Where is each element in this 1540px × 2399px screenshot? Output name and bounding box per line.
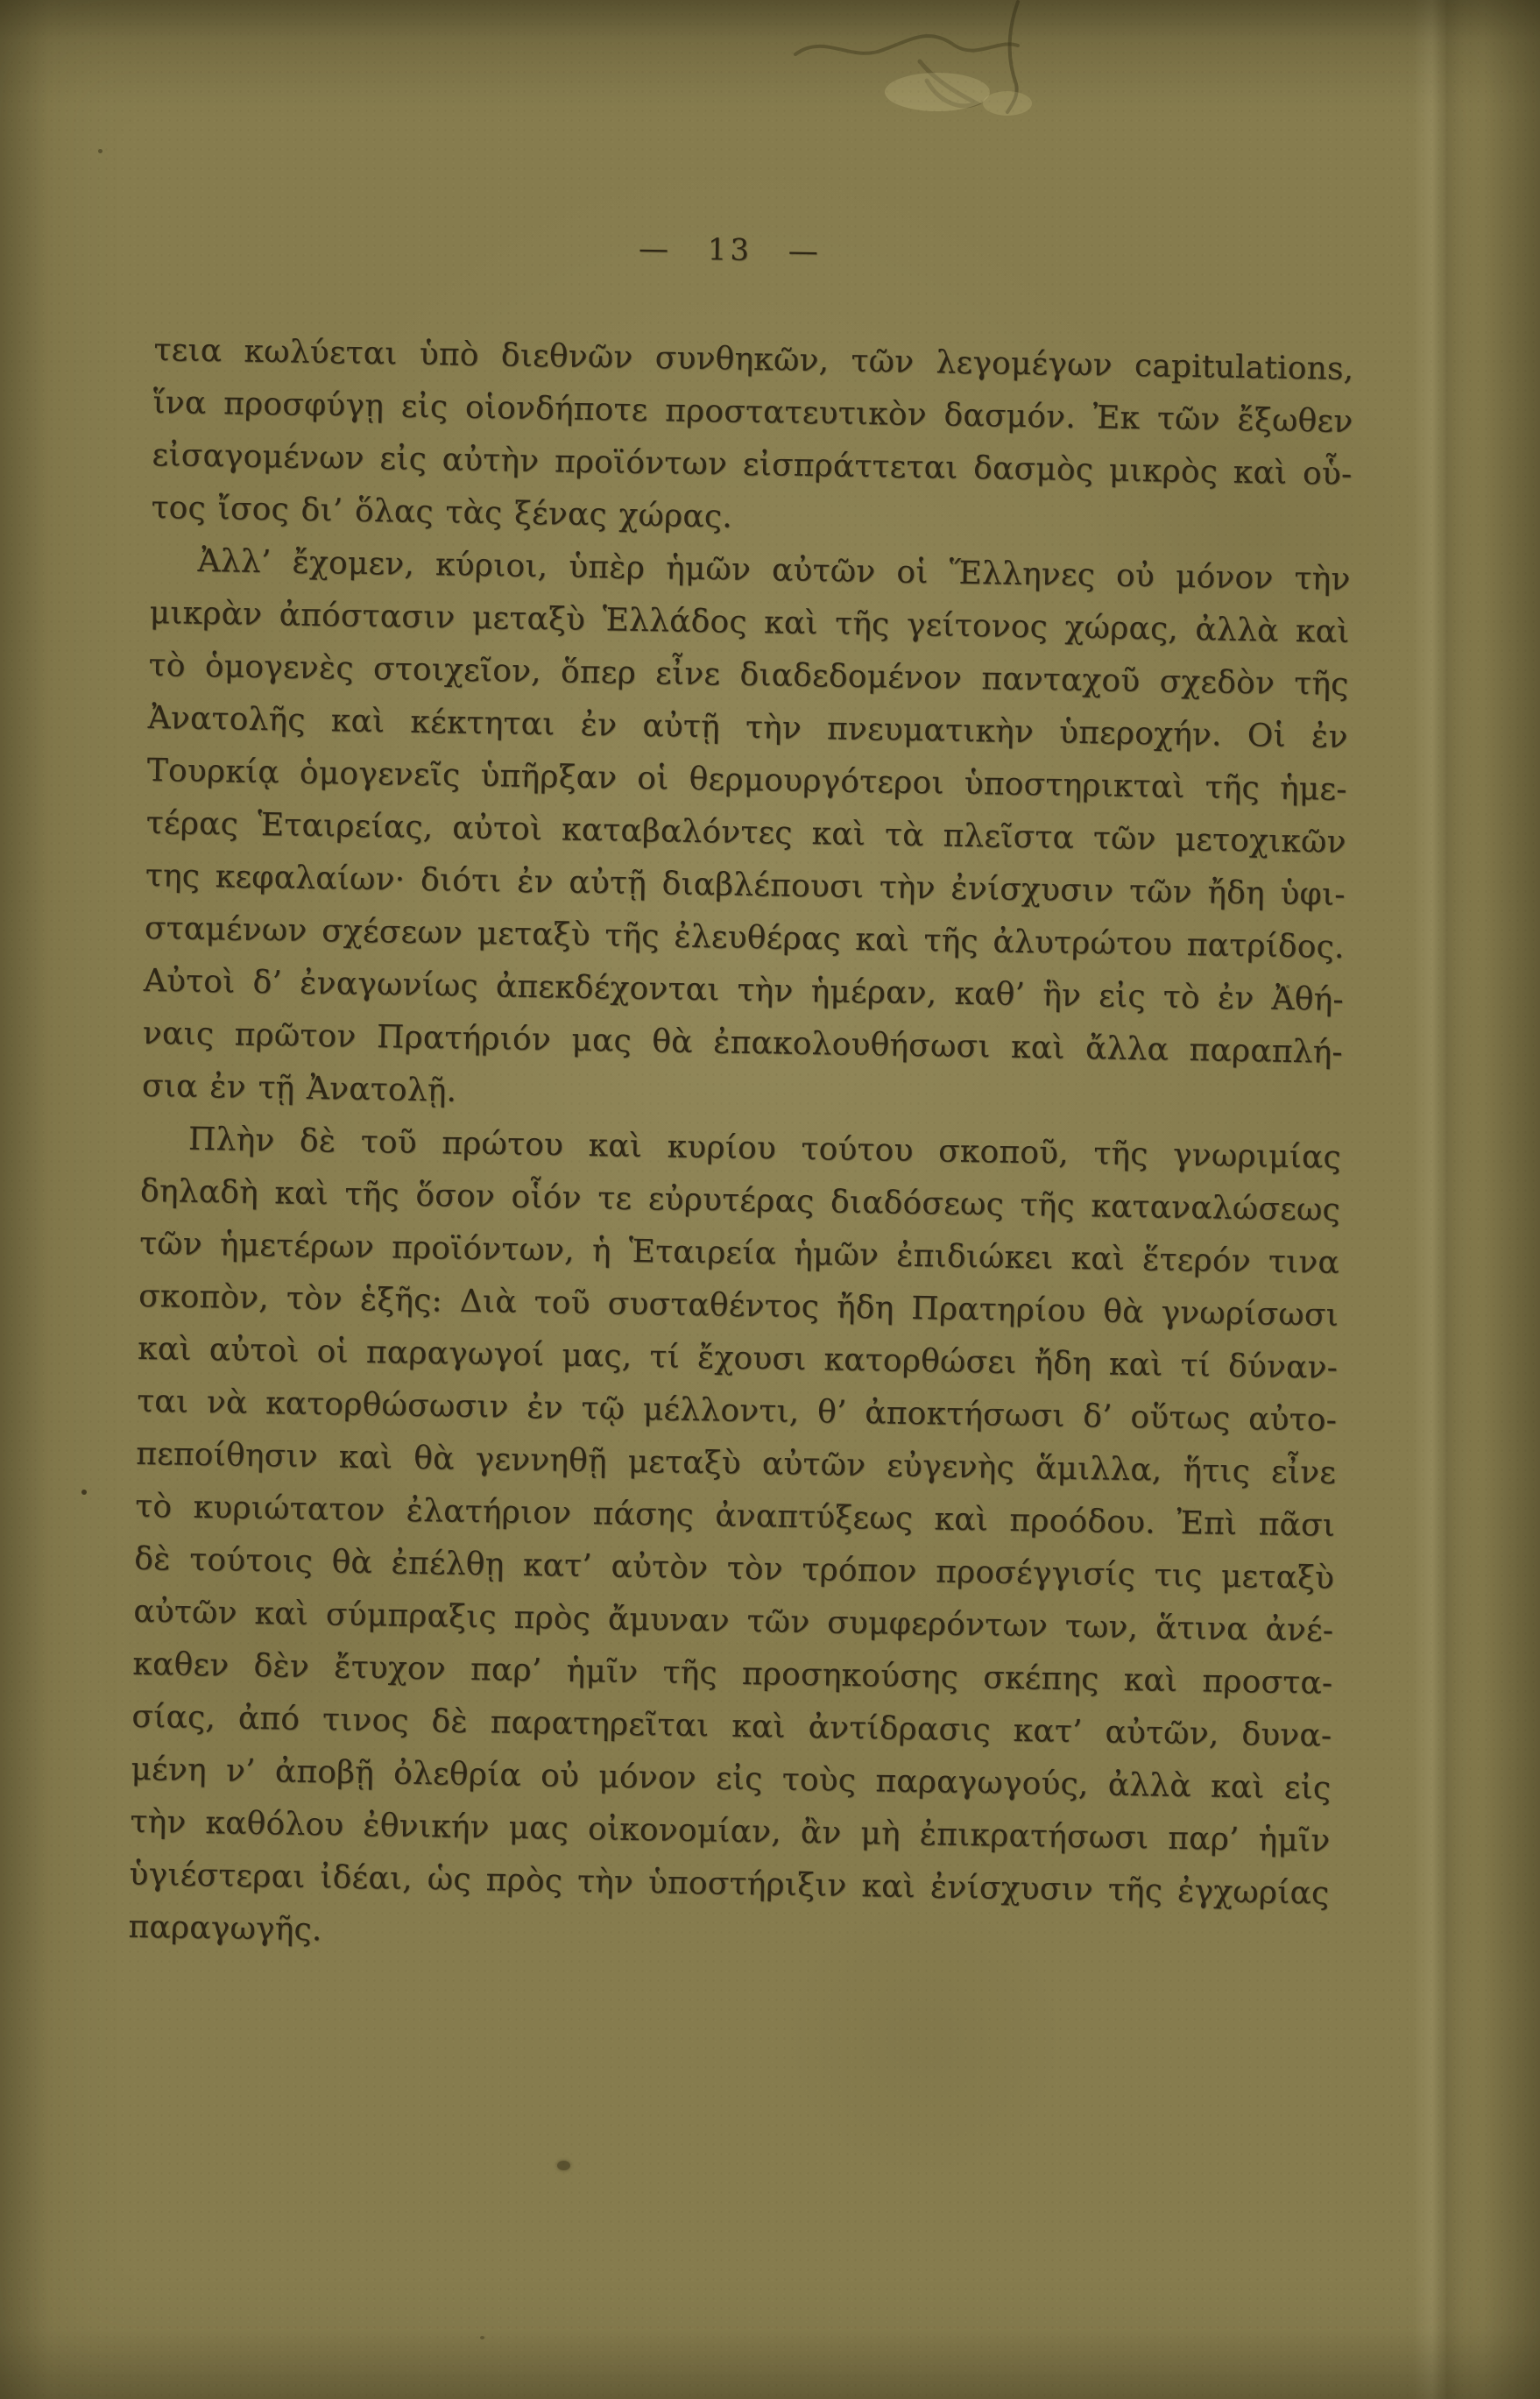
text-block: — 13 — τεια κωλύεται ὑπὸ διεθνῶν συνθηκῶ… bbox=[128, 215, 1356, 1973]
ink-speck bbox=[480, 2336, 484, 2339]
scanned-page: — 13 — τεια κωλύεται ὑπὸ διεθνῶν συνθηκῶ… bbox=[0, 0, 1540, 2399]
page-crease bbox=[1412, 0, 1517, 2399]
pencil-scribble bbox=[788, 0, 1314, 149]
margin-dot bbox=[81, 1490, 87, 1495]
ink-speck bbox=[98, 149, 102, 153]
ink-speck bbox=[557, 2161, 570, 2170]
